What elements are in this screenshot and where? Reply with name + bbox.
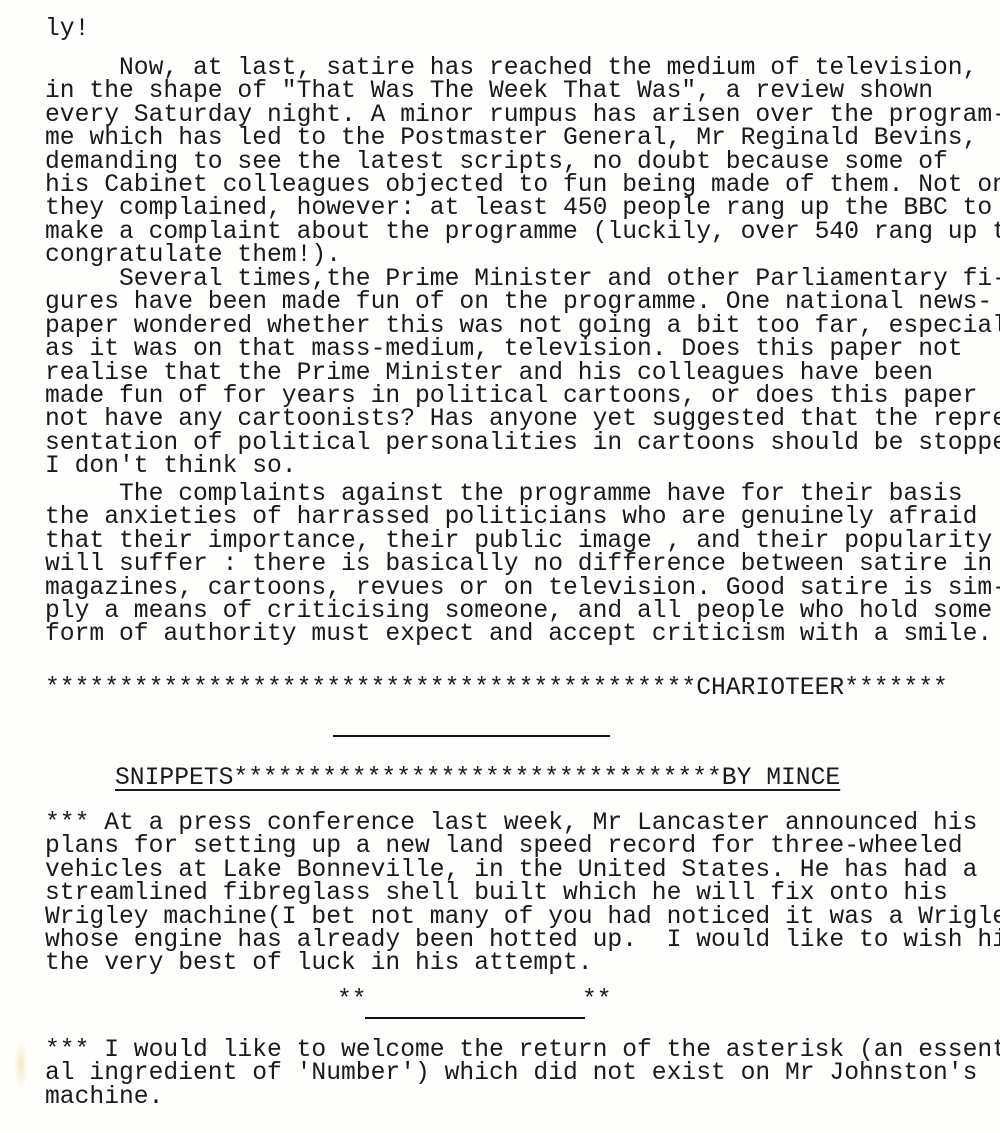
paragraph-line: as it was on that mass-medium, televisio…	[45, 338, 963, 362]
paragraph-line: me which has led to the Postmaster Gener…	[45, 127, 977, 151]
paragraph-line: magazines, cartoons, revues or on televi…	[45, 577, 1000, 601]
paragraph-line: Several times,the Prime Minister and oth…	[45, 268, 1000, 292]
snippets-heading: SNIPPETS********************************…	[115, 767, 840, 791]
snippet-line: al ingredient of 'Number') which did not…	[45, 1062, 977, 1086]
paragraph-line: the anxieties of harrassed politicians w…	[45, 506, 977, 530]
paragraph-line: sentation of political personalities in …	[45, 432, 1000, 456]
paragraph-line: gures have been made fun of on the progr…	[45, 291, 992, 315]
paragraph-line: in the shape of "That Was The Week That …	[45, 80, 933, 104]
snippet-line: Wrigley machine(I bet not many of you ha…	[45, 906, 1000, 930]
paragraph-line: demanding to see the latest scripts, no …	[45, 151, 948, 175]
paragraph-line: congratulate them!).	[45, 244, 341, 268]
snippet-line: plans for setting up a new land speed re…	[45, 835, 963, 859]
paragraph-line: Now, at last, satire has reached the med…	[45, 57, 977, 81]
snippet-line: streamlined fibreglass shell built which…	[45, 882, 948, 906]
separator-right: **	[582, 989, 612, 1013]
paragraph-line: every Saturday night. A minor rumpus has…	[45, 104, 1000, 128]
paragraph-line: ply a means of criticising someone, and …	[45, 600, 992, 624]
snippet-separator-rule	[365, 1017, 585, 1019]
paragraph-line: realise that the Prime Minister and his …	[45, 362, 933, 386]
paragraph-line: I don't think so.	[45, 455, 297, 479]
snippet-line: the very best of luck in his attempt.	[45, 952, 593, 976]
paragraph-line: The complaints against the programme hav…	[45, 483, 963, 507]
paragraph-line: that their importance, their public imag…	[45, 530, 992, 554]
page-fragment: ly!	[45, 18, 89, 42]
snippet-line: machine.	[45, 1086, 163, 1110]
snippet-line: *** I would like to welcome the return o…	[45, 1039, 1000, 1063]
paragraph-line: will suffer : there is basically no diff…	[45, 553, 992, 577]
paragraph-line: made fun of for years in political carto…	[45, 385, 977, 409]
paragraph-line: his Cabinet colleagues objected to fun b…	[45, 174, 1000, 198]
paragraph-line: form of authority must expect and accept…	[45, 623, 992, 647]
separator-left: **	[337, 989, 367, 1013]
paragraph-line: paper wondered whether this was not goin…	[45, 315, 1000, 339]
section-divider	[333, 735, 610, 737]
snippet-line: whose engine has already been hotted up.…	[45, 929, 1000, 953]
snippet-line: vehicles at Lake Bonneville, in the Unit…	[45, 859, 977, 883]
snippet-line: *** At a press conference last week, Mr …	[45, 812, 977, 836]
paragraph-line: make a complaint about the programme (lu…	[45, 221, 1000, 245]
paragraph-line: not have any cartoonists? Has anyone yet…	[45, 408, 1000, 432]
article-signoff: ****************************************…	[45, 677, 948, 701]
paper-stain	[14, 1040, 28, 1090]
paragraph-line: they complained, however: at least 450 p…	[45, 197, 992, 221]
